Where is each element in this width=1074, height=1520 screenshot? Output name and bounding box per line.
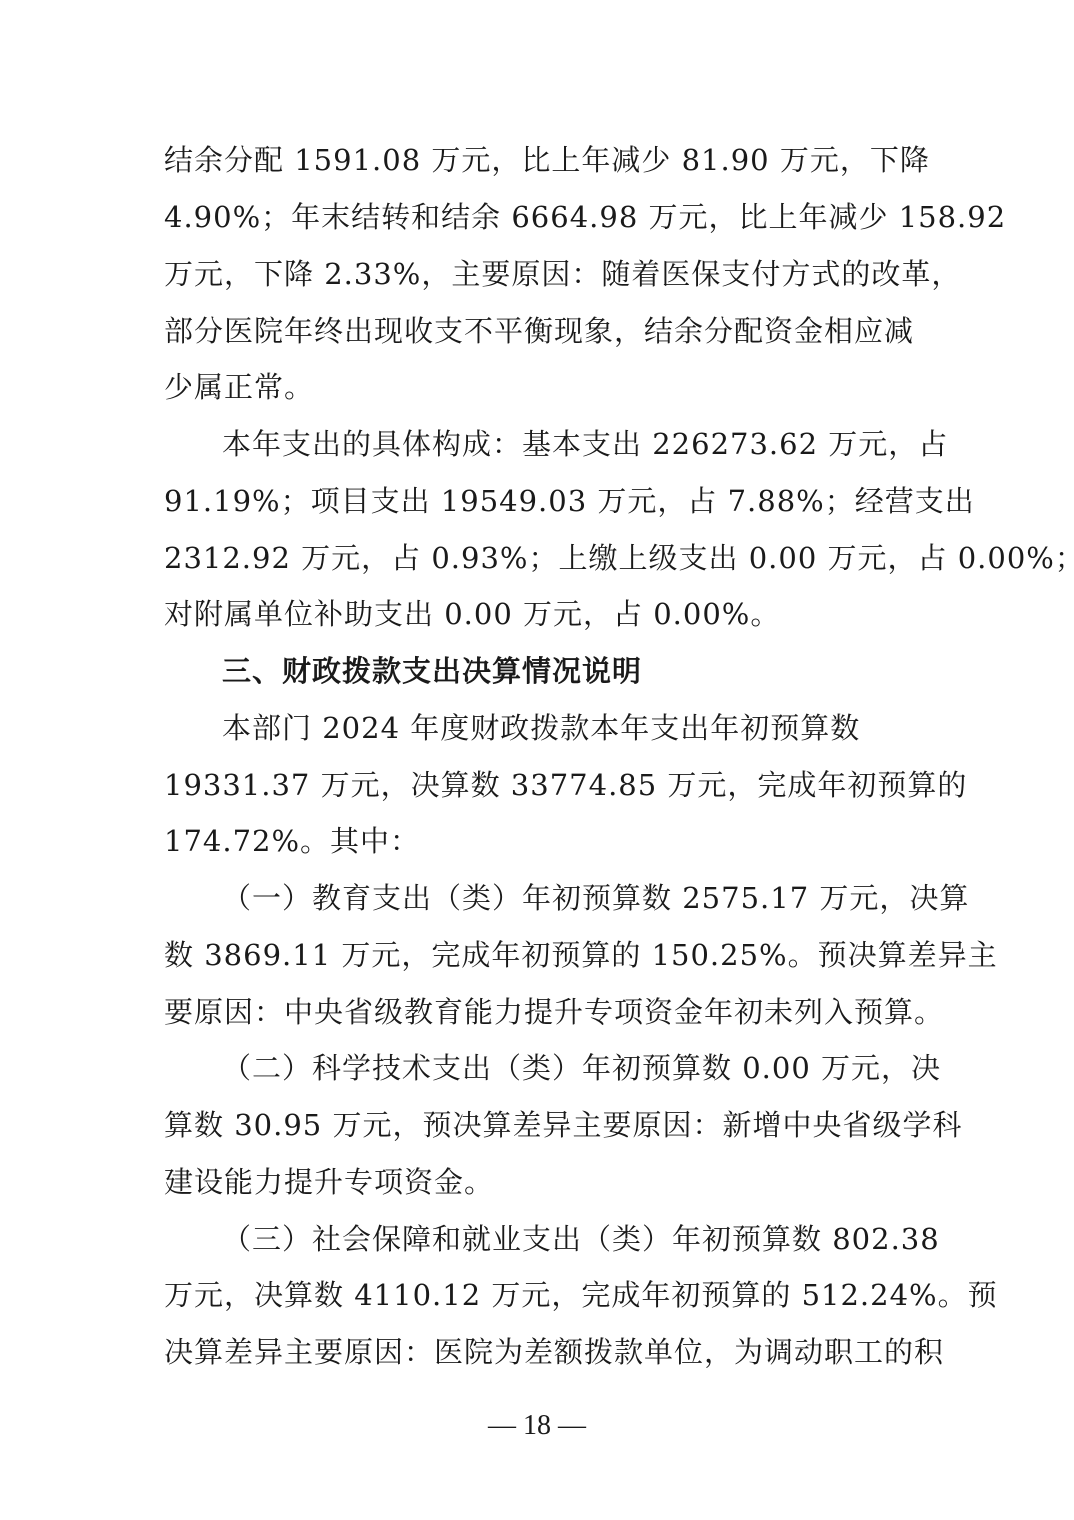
- text-line: 174.72%。其中：: [164, 821, 420, 861]
- text-line: 万元，下降 2.33%，主要原因：随着医保支付方式的改革，: [164, 254, 961, 294]
- text-line: 4.90%；年末结转和结余 6664.98 万元，比上年减少 158.92: [164, 197, 1006, 237]
- text-line: 数 3869.11 万元，完成年初预算的 150.25%。预决算差异主: [164, 935, 998, 975]
- document-page: 结余分配 1591.08 万元，比上年减少 81.90 万元，下降4.90%；年…: [0, 0, 1074, 1520]
- text-line: 部分医院年终出现收支不平衡现象，结余分配资金相应减: [164, 311, 914, 351]
- text-line: 91.19%；项目支出 19549.03 万元，占 7.88%；经营支出: [164, 481, 975, 521]
- text-line: 2312.92 万元，占 0.93%；上缴上级支出 0.00 万元，占 0.00…: [164, 538, 1074, 578]
- text-line: 19331.37 万元，决算数 33774.85 万元，完成年初预算的: [164, 765, 967, 805]
- text-line: 对附属单位补助支出 0.00 万元，占 0.00%。: [164, 594, 780, 634]
- text-line: 本部门 2024 年度财政拨款本年支出年初预算数: [222, 708, 860, 748]
- text-line: （一）教育支出（类）年初预算数 2575.17 万元，决算: [222, 878, 969, 918]
- text-line: 建设能力提升专项资金。: [164, 1162, 494, 1202]
- page-number: — 18 —: [0, 1410, 1074, 1442]
- text-line: 结余分配 1591.08 万元，比上年减少 81.90 万元，下降: [164, 140, 930, 180]
- text-line: 万元，决算数 4110.12 万元，完成年初预算的 512.24%。预: [164, 1275, 998, 1315]
- text-line: （三）社会保障和就业支出（类）年初预算数 802.38: [222, 1219, 940, 1259]
- section-heading: 三、财政拨款支出决算情况说明: [222, 651, 642, 691]
- text-line: 本年支出的具体构成：基本支出 226273.62 万元，占: [222, 424, 948, 464]
- text-line: 要原因：中央省级教育能力提升专项资金年初未列入预算。: [164, 992, 944, 1032]
- text-line: （二）科学技术支出（类）年初预算数 0.00 万元，决: [222, 1048, 941, 1088]
- text-line: 决算差异主要原因：医院为差额拨款单位，为调动职工的积: [164, 1332, 944, 1372]
- text-line: 少属正常。: [164, 367, 314, 407]
- text-line: 算数 30.95 万元，预决算差异主要原因：新增中央省级学科: [164, 1105, 962, 1145]
